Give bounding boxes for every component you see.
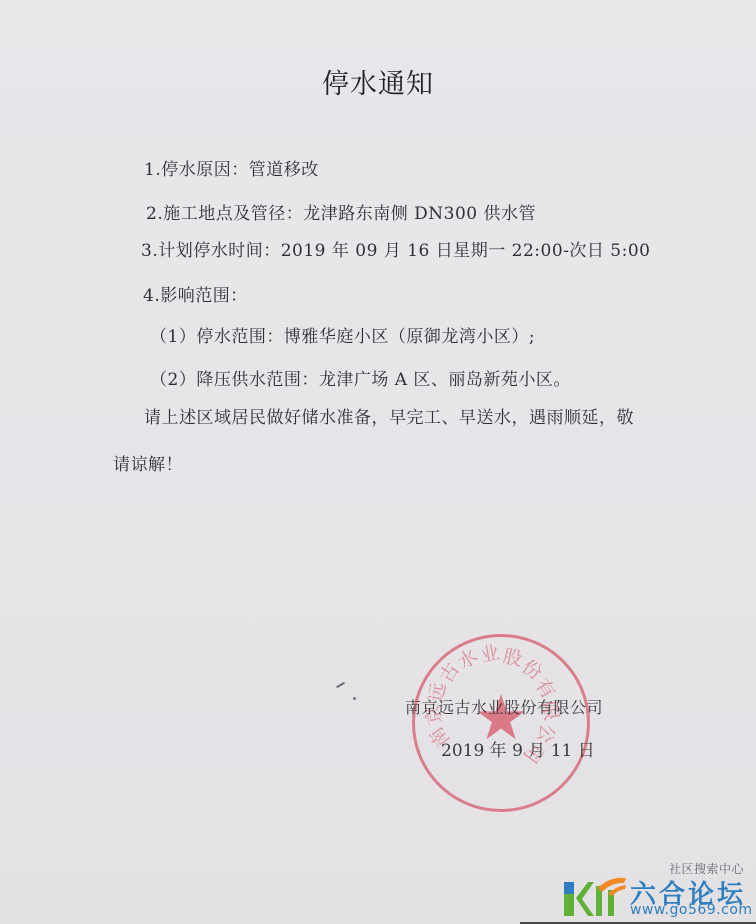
- item-location: 2.施工地点及管径：龙津路东南侧 DN300 供水管: [146, 199, 536, 224]
- item-scope-heading: 4.影响范围：: [143, 281, 248, 306]
- signer-company: 南京远古水业股份有限公司: [405, 695, 603, 718]
- item-scope-outage: （1）停水范围：博雅华庭小区（原御龙湾小区）;: [150, 322, 535, 347]
- closing-text-line2: 请谅解！: [113, 450, 183, 475]
- company-seal: ★ 南京远古水业股份有限公司: [412, 634, 590, 812]
- scan-speck: [336, 682, 345, 688]
- document-page: 停水通知 1.停水原因：管道移改 2.施工地点及管径：龙津路东南侧 DN300 …: [0, 0, 756, 924]
- forum-logo-icon: [564, 876, 626, 918]
- item-time: 3.计划停水时间：2019 年 09 月 16 日星期一 22:00-次日 5:…: [141, 236, 650, 261]
- seal-ring-text: 南京远古水业股份有限公司: [415, 637, 587, 809]
- signing-date: 2019 年 9 月 11 日: [441, 736, 595, 761]
- closing-text-line1: 请上述区域居民做好储水准备，早完工、早送水，遇雨顺延，敬: [144, 403, 634, 428]
- scan-speck: [353, 697, 356, 700]
- item-scope-low-pressure: （2）降压供水范围：龙津广场 A 区、丽岛新苑小区。: [150, 365, 571, 390]
- item-reason: 1.停水原因：管道移改: [144, 155, 319, 180]
- watermark-url: www.go569.com: [630, 902, 753, 918]
- notice-title: 停水通知: [0, 62, 756, 101]
- forum-watermark: 社区搜索中心 六合论坛 www.go569.com: [520, 840, 756, 924]
- seal-char: 业: [478, 638, 502, 668]
